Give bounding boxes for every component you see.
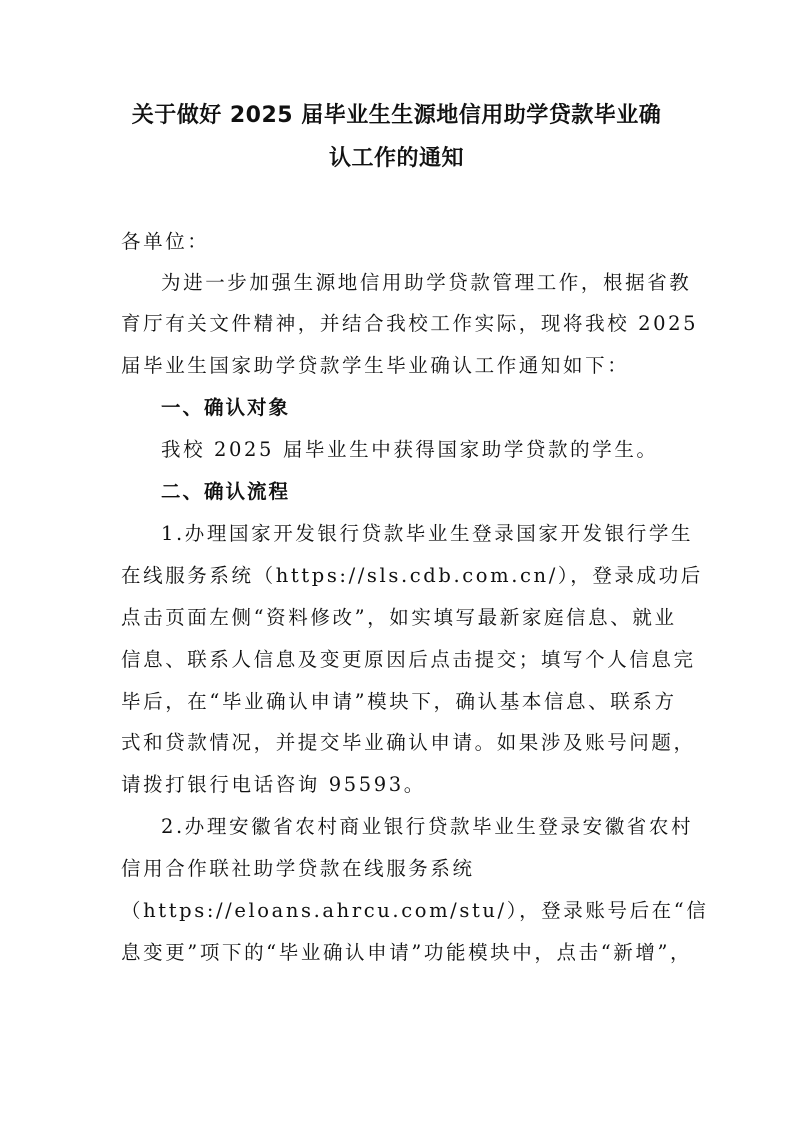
item-2-line-2: 信用合作联社助学贷款在线服务系统 bbox=[121, 859, 475, 879]
document-page: 关于做好 2025 届毕业生生源地信用助学贷款毕业确 认工作的通知 各单位： 为… bbox=[0, 0, 793, 1122]
intro-line-1: 为进一步加强生源地信用助学贷款管理工作，根据省教 bbox=[161, 273, 691, 293]
document-title-line-2: 认工作的通知 bbox=[0, 148, 793, 170]
section-2-heading: 二、确认流程 bbox=[161, 482, 290, 502]
item-2-line-3: （https://eloans.ahrcu.com/stu/），登录账号后在“信 bbox=[121, 901, 708, 921]
section-1-heading: 一、确认对象 bbox=[161, 398, 290, 418]
section-1-text: 我校 2025 届毕业生中获得国家助学贷款的学生。 bbox=[161, 440, 659, 460]
item-2-line-4: 息变更”项下的“毕业确认申请”功能模块中，点击“新增”， bbox=[121, 943, 692, 963]
item-1-line-3: 点击页面左侧“资料修改”，如实填写最新家庭信息、就业 bbox=[121, 608, 677, 628]
item-1-line-1: 1.办理国家开发银行贷款毕业生登录国家开发银行学生 bbox=[161, 524, 693, 544]
item-1-line-2: 在线服务系统（https://sls.cdb.com.cn/），登录成功后 bbox=[121, 566, 703, 586]
document-title-line-1: 关于做好 2025 届毕业生生源地信用助学贷款毕业确 bbox=[0, 105, 793, 127]
intro-line-2: 育厅有关文件精神，并结合我校工作实际，现将我校 2025 bbox=[121, 314, 698, 334]
item-1-line-4: 信息、联系人信息及变更原因后点击提交；填写个人信息完 bbox=[121, 650, 696, 670]
item-1-line-6: 式和贷款情况，并提交毕业确认申请。如果涉及账号问题， bbox=[121, 733, 696, 753]
item-1-line-7: 请拨打银行电话咨询 95593。 bbox=[121, 775, 426, 795]
salutation: 各单位： bbox=[121, 232, 209, 252]
item-1-line-5: 毕后，在“毕业确认申请”模块下，确认基本信息、联系方 bbox=[121, 692, 677, 712]
item-2-line-1: 2.办理安徽省农村商业银行贷款毕业生登录安徽省农村 bbox=[161, 817, 693, 837]
intro-line-3: 届毕业生国家助学贷款学生毕业确认工作通知如下： bbox=[121, 356, 629, 376]
